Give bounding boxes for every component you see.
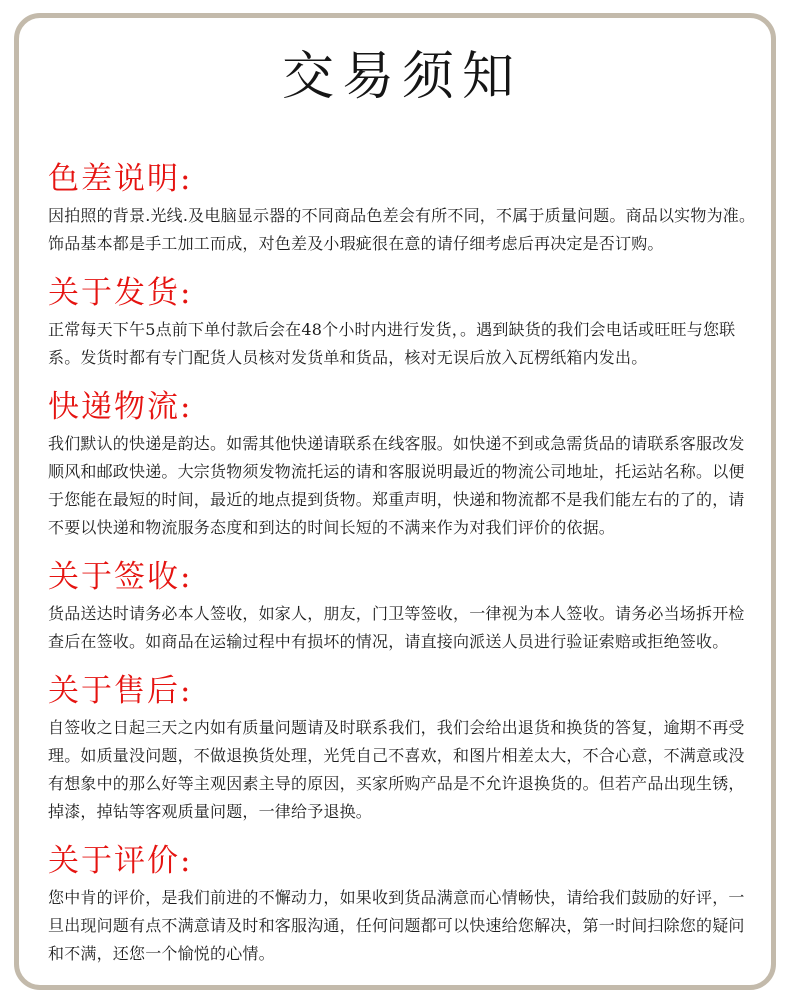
section-heading: 色差说明: bbox=[48, 162, 756, 196]
notice-content: 交易须知 色差说明: 因拍照的背景.光线.及电脑显示器的不同商品色差会有所不同，… bbox=[48, 0, 756, 968]
section-body: 您中肯的评价，是我们前进的不懈动力，如果收到货品满意而心情畅快，请给我们鼓励的好… bbox=[48, 884, 756, 968]
section-body: 因拍照的背景.光线.及电脑显示器的不同商品色差会有所不同，不属于质量问题。商品以… bbox=[48, 202, 756, 258]
section-body: 我们默认的快递是韵达。如需其他快递请联系在线客服。如快递不到或急需货品的请联系客… bbox=[48, 430, 756, 542]
section-heading: 关于发货: bbox=[48, 276, 756, 310]
section-color-difference: 色差说明: 因拍照的背景.光线.及电脑显示器的不同商品色差会有所不同，不属于质量… bbox=[48, 162, 756, 258]
section-receipt: 关于签收: 货品送达时请务必本人签收，如家人，朋友，门卫等签收，一律视为本人签收… bbox=[48, 560, 756, 656]
page-title: 交易须知 bbox=[48, 45, 756, 110]
section-heading: 快递物流: bbox=[48, 390, 756, 424]
section-heading: 关于签收: bbox=[48, 560, 756, 594]
section-heading: 关于评价: bbox=[48, 844, 756, 878]
section-shipping: 关于发货: 正常每天下午5点前下单付款后会在48个小时内进行发货，。遇到缺货的我… bbox=[48, 276, 756, 372]
section-body: 货品送达时请务必本人签收，如家人，朋友，门卫等签收，一律视为本人签收。请务必当场… bbox=[48, 600, 756, 656]
section-body: 正常每天下午5点前下单付款后会在48个小时内进行发货，。遇到缺货的我们会电话或旺… bbox=[48, 316, 756, 372]
section-heading: 关于售后: bbox=[48, 674, 756, 708]
section-logistics: 快递物流: 我们默认的快递是韵达。如需其他快递请联系在线客服。如快递不到或急需货… bbox=[48, 390, 756, 542]
section-after-sales: 关于售后: 自签收之日起三天之内如有质量问题请及时联系我们，我们会给出退货和换货… bbox=[48, 674, 756, 826]
section-body: 自签收之日起三天之内如有质量问题请及时联系我们，我们会给出退货和换货的答复，逾期… bbox=[48, 714, 756, 826]
section-review: 关于评价: 您中肯的评价，是我们前进的不懈动力，如果收到货品满意而心情畅快，请给… bbox=[48, 844, 756, 968]
